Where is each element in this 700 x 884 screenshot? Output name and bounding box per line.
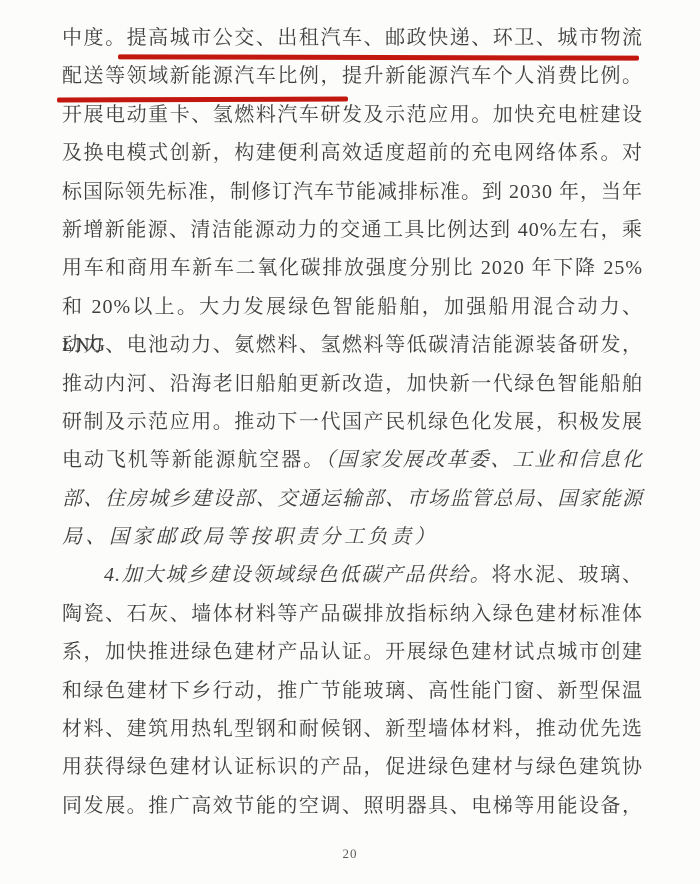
text-line: 新增新能源、清洁能源动力的交通工具比例达到 40%左右，乘 — [62, 211, 643, 249]
text-line: 用获得绿色建材认证标识的产品，促进绿色建材与绿色建筑协 — [62, 748, 643, 786]
text-line: 系，加快推进绿色建材产品认证。开展绿色建材试点城市创建 — [62, 633, 643, 671]
text-line: 及换电模式创新，构建便利高效适度超前的充电网络体系。对 — [62, 134, 643, 172]
text-segment: 配送等领域新能源汽车比例，提升新能源汽车个人消费比例。 — [62, 65, 643, 87]
text-segment: 和绿色建材下乡行动，推广节能玻璃、高性能门窗、新型保温 — [62, 680, 643, 702]
text-segment: 新增新能源、清洁能源动力的交通工具比例达到 40%左右，乘 — [62, 219, 643, 241]
text-segment: 系，加快推进绿色建材产品认证。开展绿色建材试点城市创建 — [62, 641, 643, 663]
text-segment: 推动内河、沿海老旧船舶更新改造，加快新一代绿色智能船舶 — [62, 373, 643, 395]
text-segment: 及换电模式创新，构建便利高效适度超前的充电网络体系。对 — [62, 142, 643, 164]
text-segment: 将水泥、玻璃、 — [492, 564, 644, 586]
text-segment: 用车和商用车新车二氧化碳排放强度分别比 2020 年下降 25% — [62, 257, 643, 279]
text-segment: 开展电动重卡、氢燃料汽车研发及示范应用。加快充电桩建设 — [62, 104, 643, 126]
text-line: 和 20%以上。大力发展绿色智能船舶，加强船用混合动力、LNG — [62, 288, 643, 326]
text-segment: 陶瓷、石灰、墙体材料等产品碳排放指标纳入绿色建材标准体 — [62, 603, 643, 625]
item-4-lead-segment: 4.加大城乡建设领域绿色低碳产品供给。 — [104, 564, 492, 586]
text-line: 电动飞机等新能源航空器。（国家发展改革委、工业和信息化 — [62, 441, 643, 479]
text-line: 动力、电池动力、氨燃料、氢燃料等低碳清洁能源装备研发， — [62, 326, 643, 364]
page-number: 20 — [0, 846, 700, 862]
text-segment: 研制及示范应用。推动下一代国产民机绿色化发展，积极发展 — [62, 411, 643, 433]
text-line-item-4-start: 4.加大城乡建设领域绿色低碳产品供给。将水泥、玻璃、 — [62, 556, 643, 594]
text-line: 推动内河、沿海老旧船舶更新改造，加快新一代绿色智能船舶 — [62, 365, 643, 403]
red-underline-annotation-2 — [57, 96, 348, 102]
text-segment: 同发展。推广高效节能的空调、照明器具、电梯等用能设备， — [62, 795, 643, 817]
text-segment-kaiti: 部、住房城乡建设部、交通运输部、市场监管总局、国家能源 — [62, 488, 643, 510]
text-segment: 中度。提高城市公交、出租汽车、邮政快递、环卫、城市物流 — [62, 27, 643, 49]
text-segment: 标国际领先标准，制修订汽车节能减排标准。到 2030 年，当年 — [62, 181, 643, 203]
text-line: 局、国家邮政局等按职责分工负责） — [62, 518, 643, 556]
text-line: 用车和商用车新车二氧化碳排放强度分别比 2020 年下降 25% — [62, 249, 643, 287]
text-line: 中度。提高城市公交、出租汽车、邮政快递、环卫、城市物流 — [62, 19, 643, 57]
text-segment: 用获得绿色建材认证标识的产品，促进绿色建材与绿色建筑协 — [62, 756, 643, 778]
text-line: 配送等领域新能源汽车比例，提升新能源汽车个人消费比例。 — [62, 57, 643, 95]
text-line: 陶瓷、石灰、墙体材料等产品碳排放指标纳入绿色建材标准体 — [62, 595, 643, 633]
document-page: 中度。提高城市公交、出租汽车、邮政快递、环卫、城市物流 配送等领域新能源汽车比例… — [0, 0, 700, 884]
text-segment-kaiti: （国家发展改革委、工业和信息化 — [325, 449, 643, 471]
text-segment-kaiti: 局、国家邮政局等按职责分工负责） — [62, 526, 438, 548]
text-line: 和绿色建材下乡行动，推广节能玻璃、高性能门窗、新型保温 — [62, 672, 643, 710]
text-segment: 动力、电池动力、氨燃料、氢燃料等低碳清洁能源装备研发， — [62, 334, 643, 356]
text-line: 研制及示范应用。推动下一代国产民机绿色化发展，积极发展 — [62, 403, 643, 441]
text-segment: 电动飞机等新能源航空器。 — [62, 449, 325, 471]
body-text-block: 中度。提高城市公交、出租汽车、邮政快递、环卫、城市物流 配送等领域新能源汽车比例… — [62, 19, 643, 825]
text-line: 材料、建筑用热轧型钢和耐候钢、新型墙体材料，推动优先选 — [62, 710, 643, 748]
text-line: 部、住房城乡建设部、交通运输部、市场监管总局、国家能源 — [62, 480, 643, 518]
text-line: 同发展。推广高效节能的空调、照明器具、电梯等用能设备， — [62, 787, 643, 825]
text-segment: 材料、建筑用热轧型钢和耐候钢、新型墙体材料，推动优先选 — [62, 718, 643, 740]
text-line: 标国际领先标准，制修订汽车节能减排标准。到 2030 年，当年 — [62, 173, 643, 211]
